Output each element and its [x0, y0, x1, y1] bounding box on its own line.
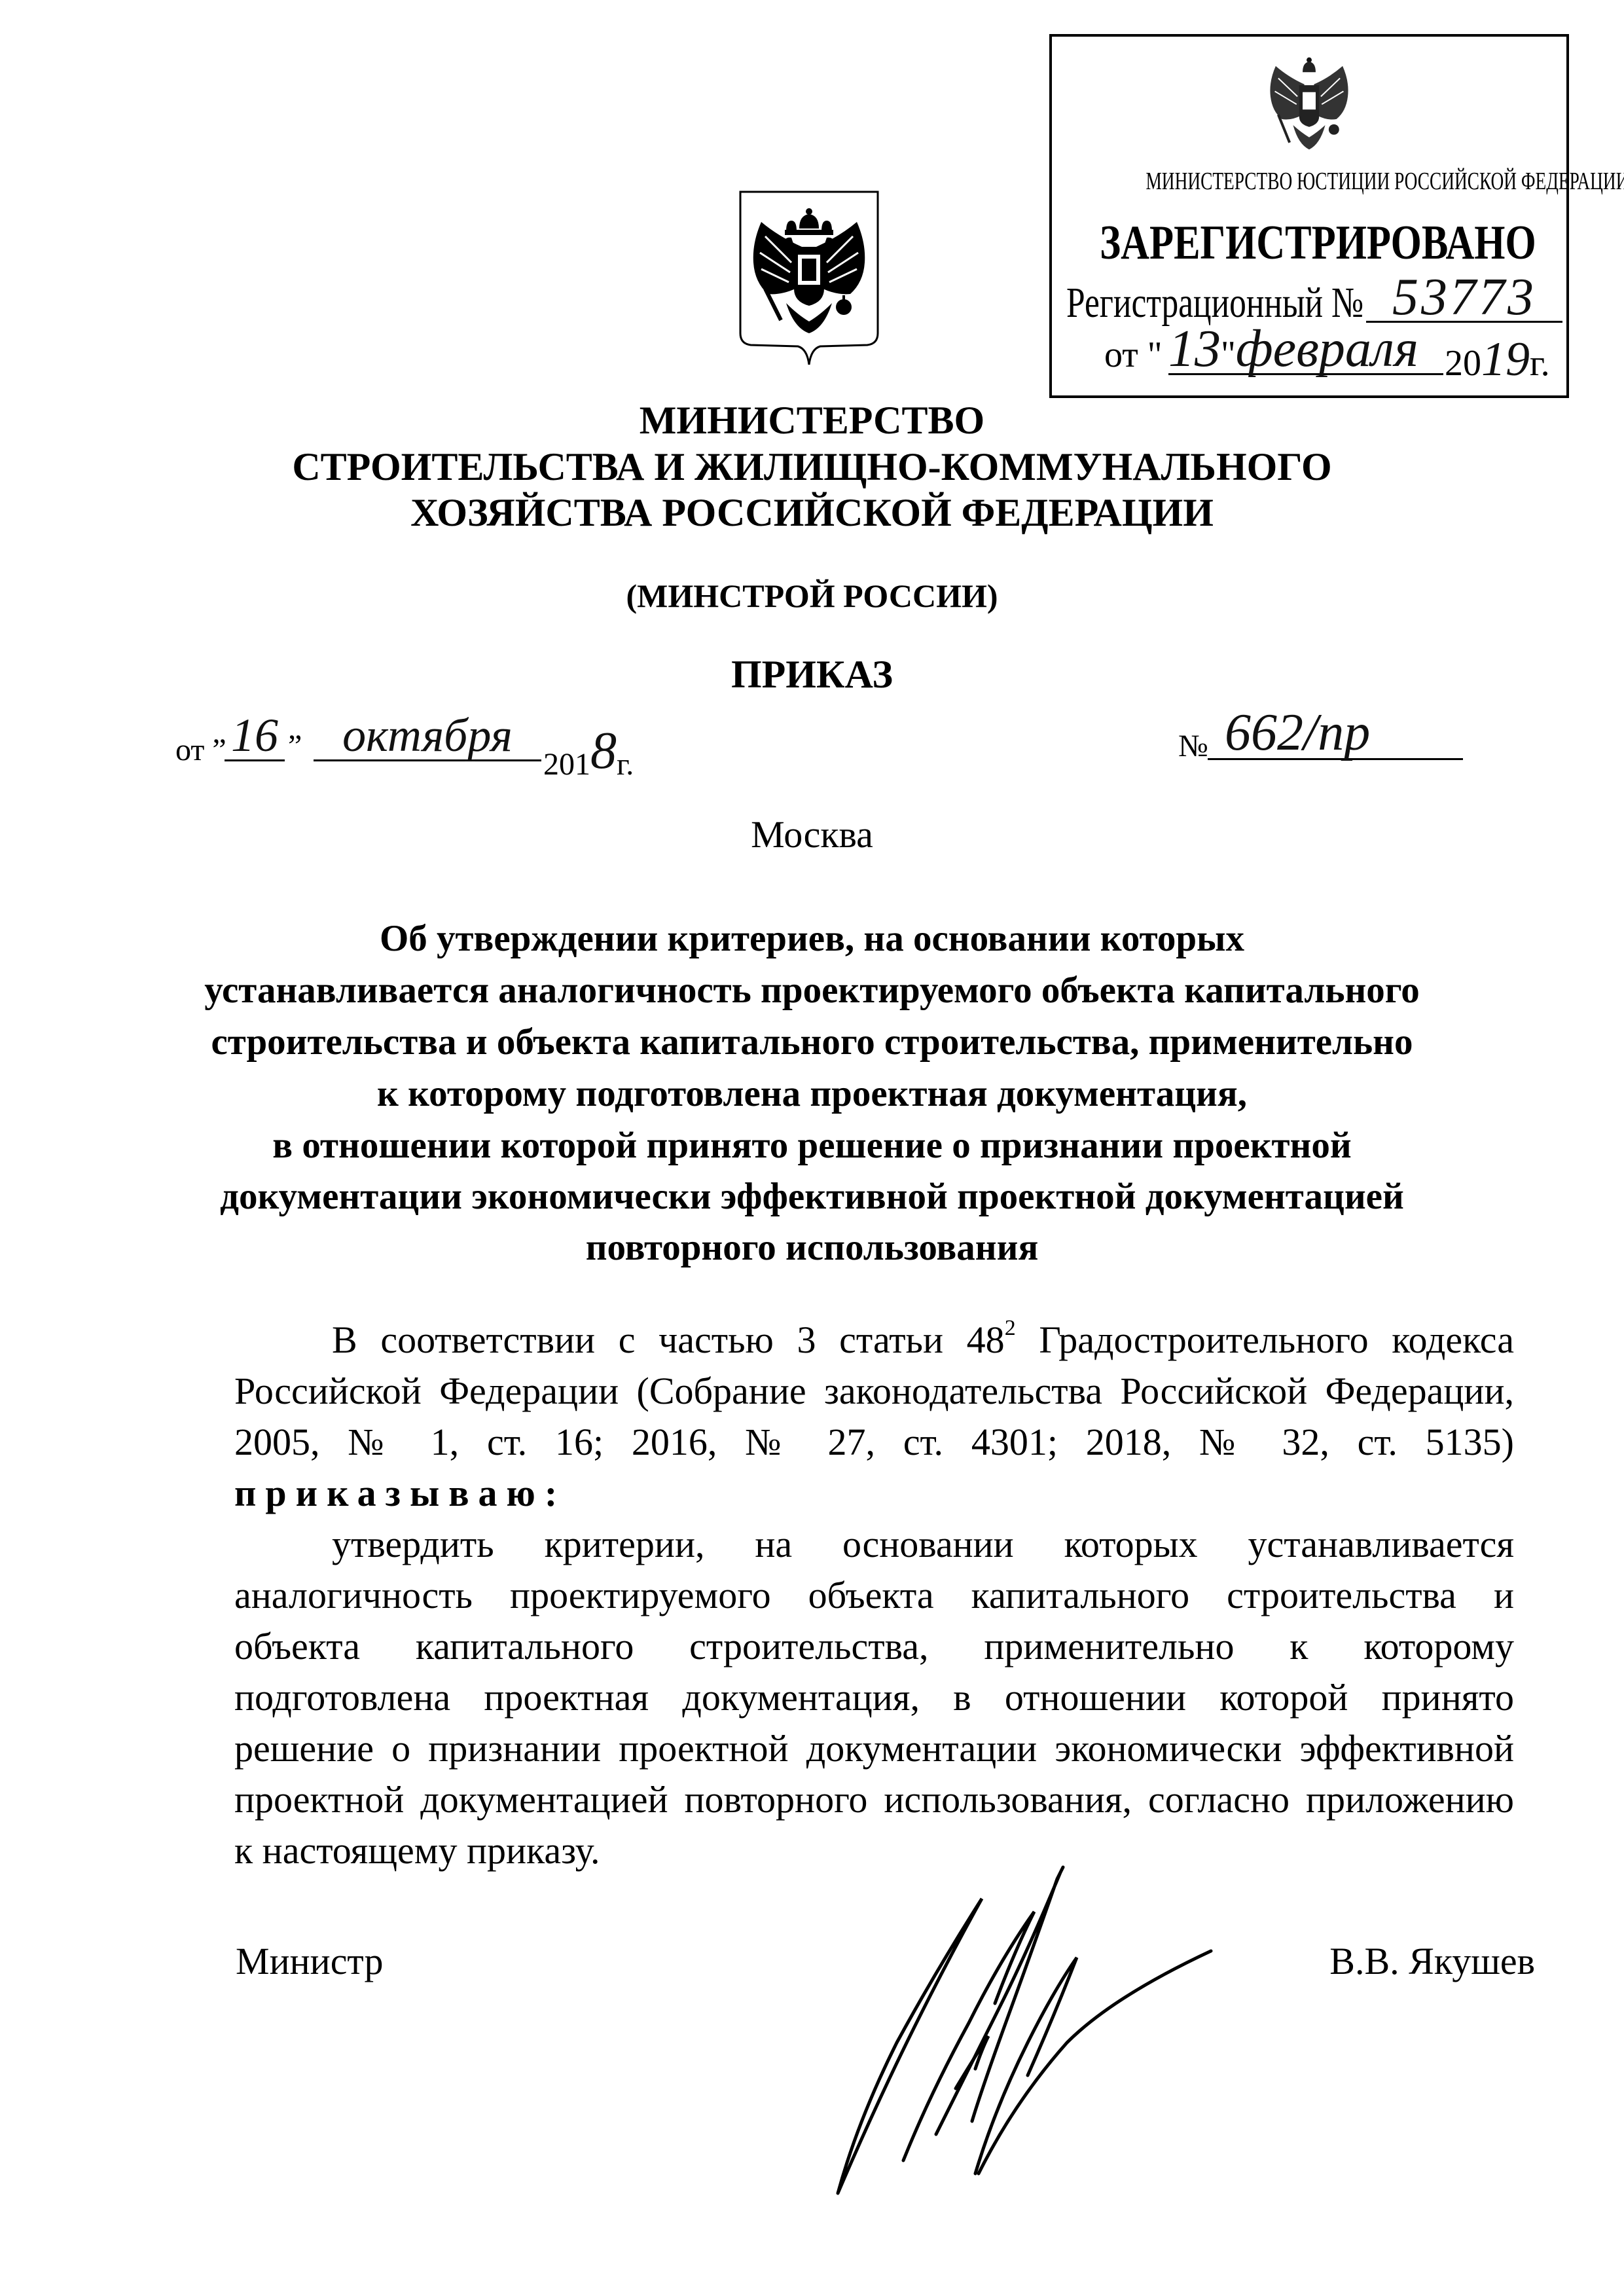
- signatory-name: В.В. Якушев: [1329, 1939, 1535, 1983]
- stamp-coat-of-arms-icon: [1263, 51, 1356, 159]
- stamp-ministry: МИНИСТЕРСТВО ЮСТИЦИИ РОССИЙСКОЙ ФЕДЕРАЦИ…: [1052, 169, 1566, 194]
- stamp-date-field: 13"февраля: [1168, 325, 1443, 375]
- order-date-prefix: от ”: [175, 732, 226, 768]
- order-date-year: 2018г.: [543, 728, 634, 788]
- ministry-name-line-1: МИНИСТЕРСТВО: [0, 401, 1624, 440]
- ministry-short-name: (МИНСТРОЙ РОССИИ): [0, 579, 1624, 612]
- order-date-close-quote: ”: [288, 728, 302, 764]
- doc-title-line-1: Об утверждении критериев, на основании к…: [0, 920, 1624, 957]
- doc-title-line-6: документации экономически эффективной пр…: [0, 1178, 1624, 1215]
- stamp-status: ЗАРЕГИСТРИРОВАНО: [1052, 219, 1566, 267]
- signatory-position: Министр: [236, 1939, 384, 1983]
- stamp-reg-number: 53773: [1392, 268, 1536, 326]
- stamp-date-day: 13: [1168, 320, 1221, 378]
- body-line-5: утвердить критерии, на основании которых…: [332, 1525, 1514, 1563]
- stamp-reg-number-field: 53773: [1366, 274, 1562, 323]
- body-line-3: 2005, № 1, ст. 16; 2016, № 27, ст. 4301;…: [234, 1423, 1514, 1461]
- coat-of-arms-icon: [739, 191, 879, 366]
- body-line-1: В соответствии с частью 3 статьи 482 Гра…: [332, 1321, 1514, 1359]
- body-line-2: Российской Федерации (Собрание законодат…: [234, 1372, 1514, 1410]
- body-line-10: проектной документацией повторного испол…: [234, 1781, 1514, 1819]
- doc-title-line-2: устанавливается аналогичность проектируе…: [0, 972, 1624, 1009]
- order-command: приказываю:: [234, 1474, 1514, 1512]
- order-date-month: октября: [342, 709, 513, 761]
- ministry-name-line-2: СТРОИТЕЛЬСТВА И ЖИЛИЩНО-КОММУНАЛЬНОГО: [0, 447, 1624, 486]
- doc-title-line-5: в отношении которой принято решение о пр…: [0, 1127, 1624, 1164]
- doc-title-line-4: к которому подготовлена проектная докуме…: [0, 1075, 1624, 1112]
- ministry-name-line-3: ХОЗЯЙСТВА РОССИЙСКОЙ ФЕДЕРАЦИИ: [0, 493, 1624, 532]
- registration-stamp: МИНИСТЕРСТВО ЮСТИЦИИ РОССИЙСКОЙ ФЕДЕРАЦИ…: [1049, 34, 1569, 398]
- body-line-6: аналогичность проектируемого объекта кап…: [234, 1576, 1514, 1614]
- body-line-8: подготовлена проектная документация, в о…: [234, 1679, 1514, 1717]
- stamp-date-month: февраля: [1236, 320, 1418, 378]
- order-number-label: №: [1178, 728, 1208, 764]
- doc-title-line-3: строительства и объекта капитального стр…: [0, 1023, 1624, 1061]
- doc-title-line-7: повторного использования: [0, 1229, 1624, 1266]
- body-line-9: решение о признании проектной документац…: [234, 1730, 1514, 1768]
- order-date-day-field: 16: [225, 711, 285, 761]
- order-number: 662/пр: [1208, 704, 1370, 761]
- stamp-reg-label: Регистрационный №: [1066, 282, 1363, 325]
- document-type: ПРИКАЗ: [0, 655, 1624, 694]
- order-date-month-field: октября: [314, 711, 541, 761]
- order-number-field: 662/пр: [1208, 707, 1463, 760]
- order-date-day: 16: [231, 709, 278, 761]
- stamp-date-year: 2019г.: [1445, 335, 1550, 384]
- stamp-date-prefix: от ": [1104, 337, 1163, 373]
- body-line-7: объекта капитального строительства, прим…: [234, 1628, 1514, 1666]
- handwritten-signature-icon: [818, 1846, 1237, 2216]
- city: Москва: [0, 816, 1624, 854]
